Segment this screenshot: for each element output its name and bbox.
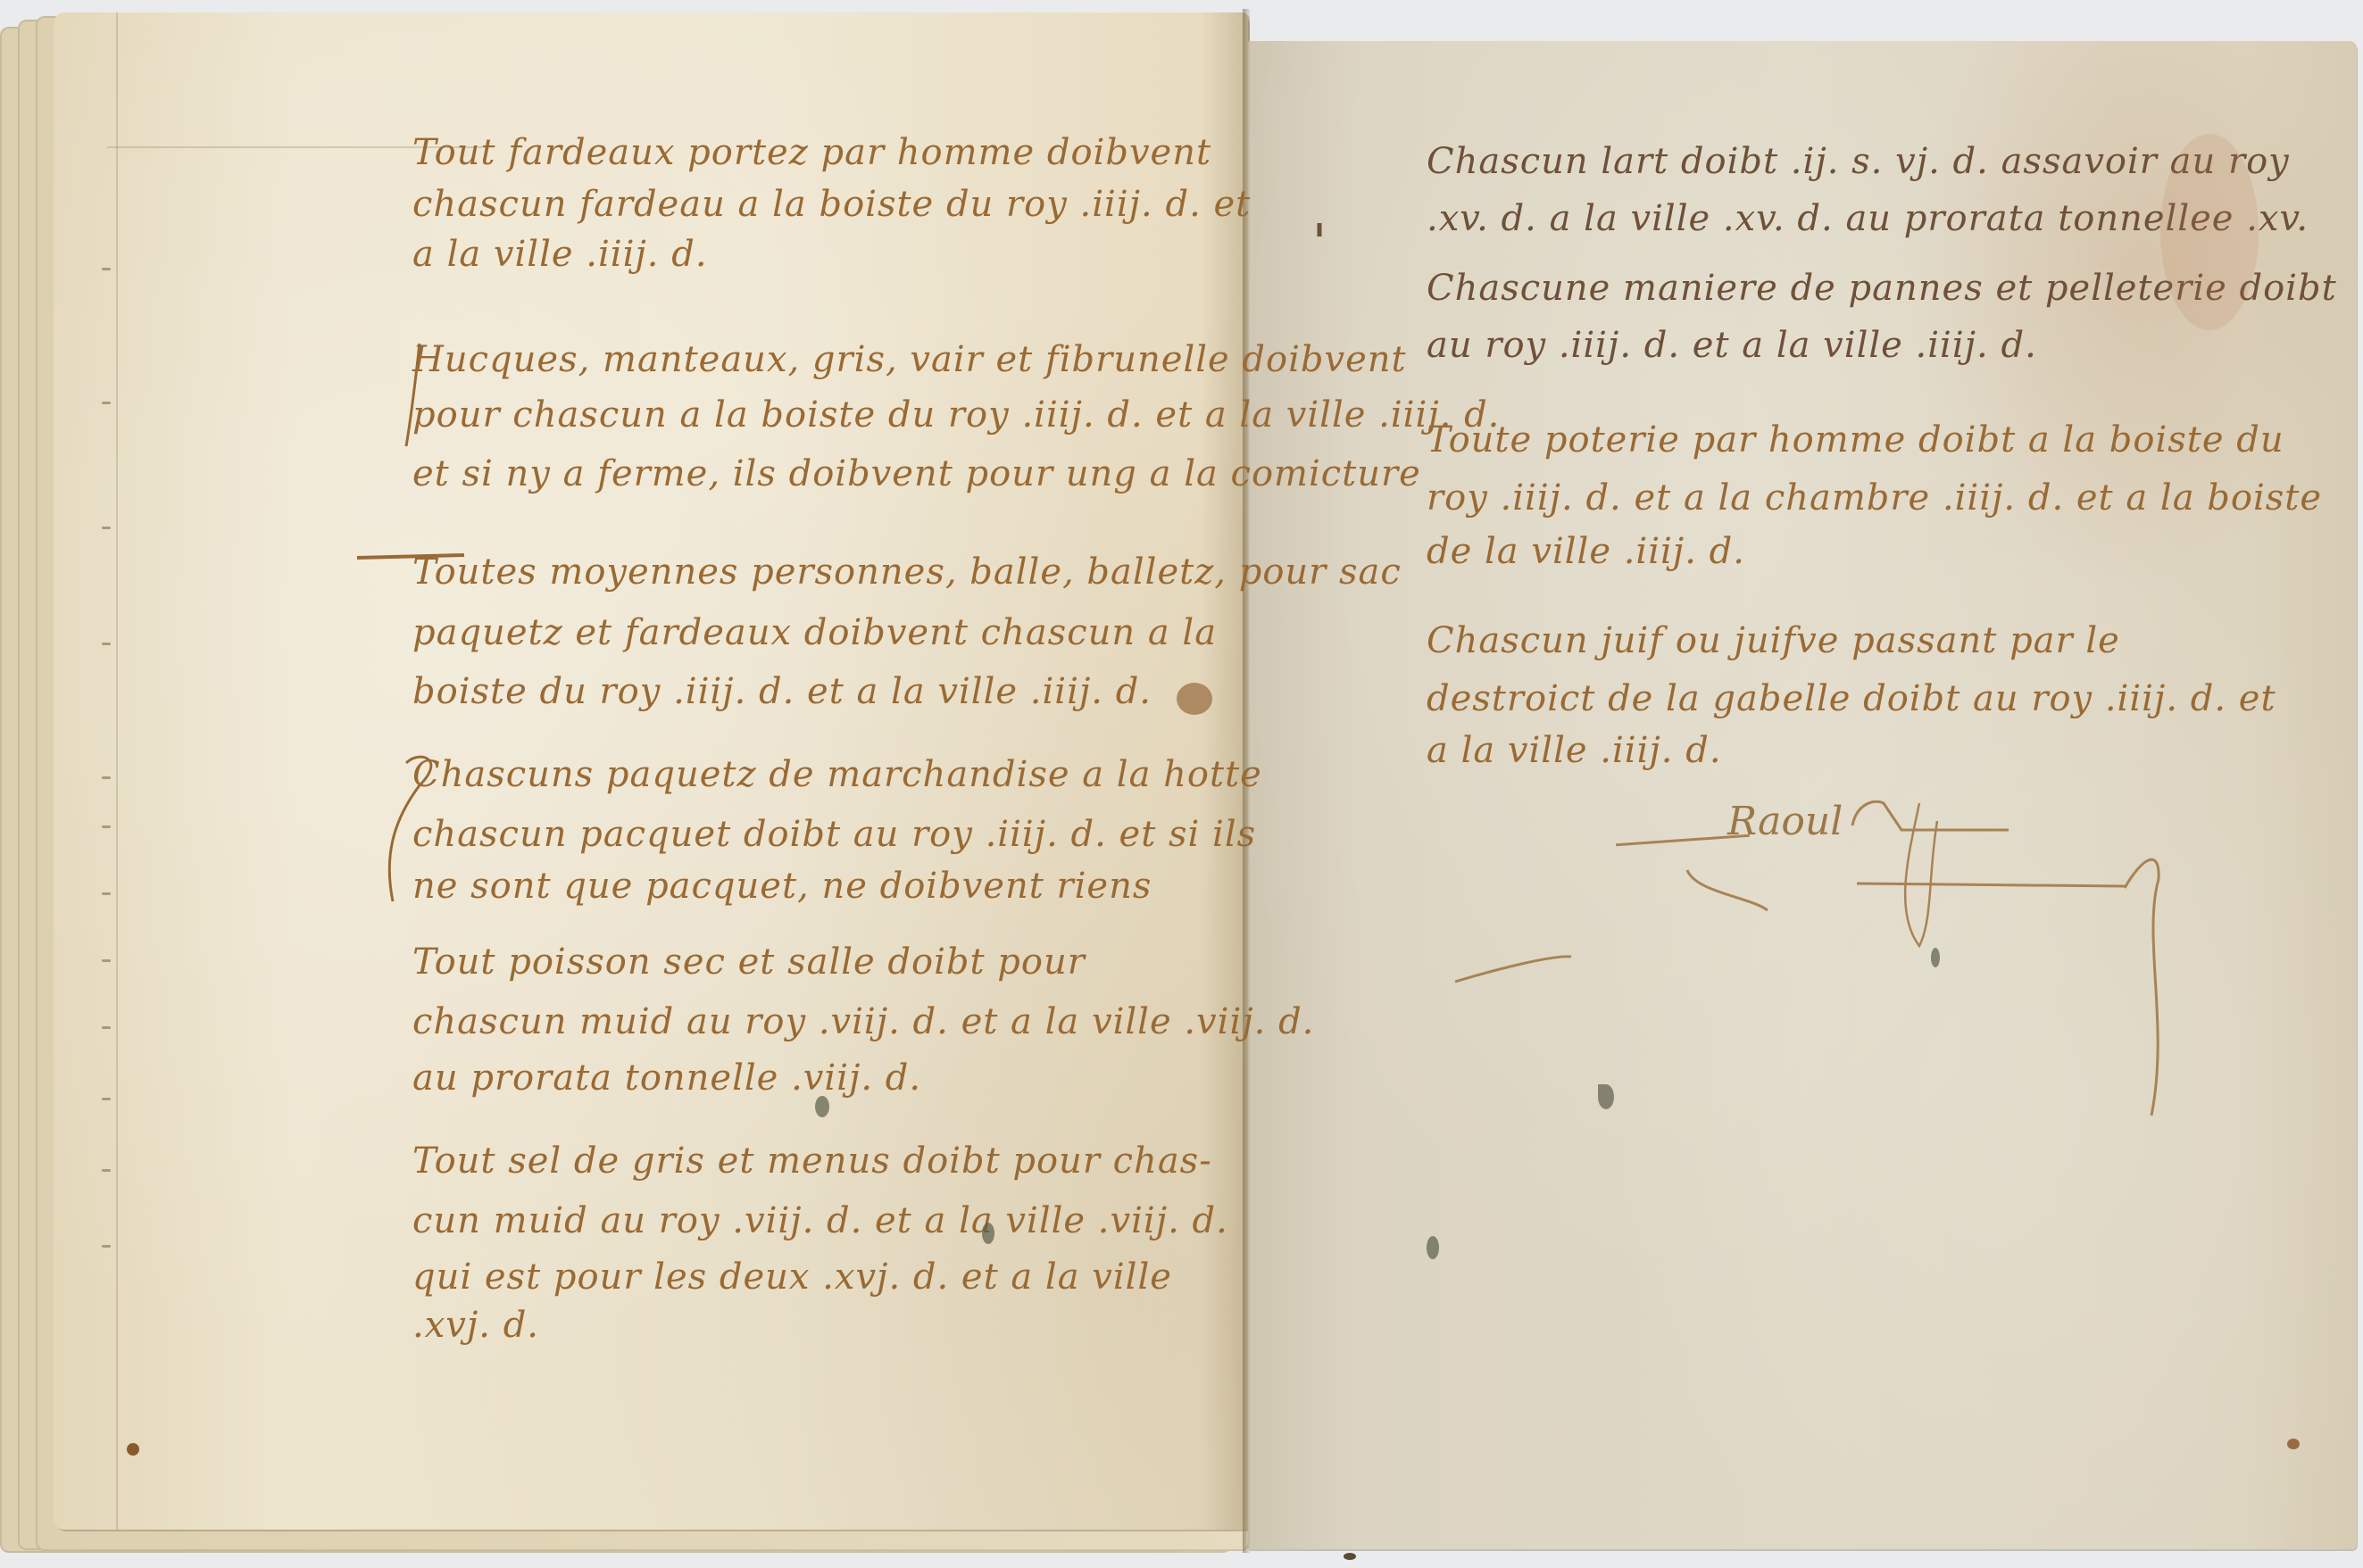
text-line: Tout sel de gris et menus doibt pour cha… bbox=[412, 1141, 1212, 1182]
text-line: Tout poisson sec et salle doibt pour bbox=[412, 942, 1086, 983]
prick-mark bbox=[102, 643, 111, 645]
prick-mark bbox=[102, 527, 111, 529]
parchment-hole bbox=[1427, 1236, 1439, 1259]
text-line: qui est pour les deux .xvj. d. et a la v… bbox=[412, 1257, 1172, 1298]
text-line: paquetz et fardeaux doibvent chascun a l… bbox=[412, 612, 1217, 653]
text-line: Hucques, manteaux, gris, vair et fibrune… bbox=[412, 339, 1407, 380]
text-line: Toutes moyennes personnes, balle, ballet… bbox=[412, 552, 1402, 593]
text-line: chascun muid au roy .viij. d. et a la vi… bbox=[412, 1001, 1314, 1042]
text-line: pour chascun a la boiste du roy .iiij. d… bbox=[412, 394, 1500, 436]
text-line: a la ville .iiij. d. bbox=[412, 234, 708, 275]
prick-mark bbox=[102, 776, 111, 779]
prick-mark bbox=[102, 1245, 111, 1248]
signature: Raoul bbox=[1727, 799, 1843, 844]
left-margin-ruling bbox=[116, 12, 118, 1530]
parchment-hole bbox=[982, 1223, 994, 1244]
text-line: de la ville .iiij. d. bbox=[1427, 531, 1745, 572]
prick-mark bbox=[102, 1098, 111, 1100]
prick-mark bbox=[102, 959, 111, 962]
prick-mark bbox=[102, 892, 111, 895]
stain bbox=[1177, 683, 1212, 715]
text-line: a la ville .iiij. d. bbox=[1427, 730, 1722, 771]
text-line: destroict de la gabelle doibt au roy .ii… bbox=[1427, 678, 2276, 719]
stain bbox=[2160, 134, 2259, 330]
text-line: boiste du roy .iiij. d. et a la ville .i… bbox=[412, 671, 1152, 712]
prick-mark bbox=[102, 1026, 111, 1029]
text-line: .xvj. d. bbox=[412, 1305, 539, 1346]
text-line: Chascun juif ou juifve passant par le bbox=[1427, 620, 2120, 661]
text-line: chascun pacquet doibt au roy .iiij. d. e… bbox=[412, 814, 1256, 855]
ink-spot bbox=[1344, 1553, 1356, 1560]
text-line: ne sont que pacquet, ne doibvent riens bbox=[412, 866, 1152, 907]
text-line: Tout fardeaux portez par homme doibvent bbox=[412, 132, 1211, 173]
text-line: et si ny a ferme, ils doibvent pour ung … bbox=[412, 453, 1421, 494]
text-line: Chascuns paquetz de marchandise a la hot… bbox=[412, 754, 1262, 795]
text-line: Chascun lart doibt .ij. s. vj. d. assavo… bbox=[1427, 141, 2290, 182]
text-line: roy .iiij. d. et a la chambre .iiij. d. … bbox=[1427, 477, 2322, 519]
text-line: au roy .iiij. d. et a la ville .iiij. d. bbox=[1427, 325, 2037, 366]
text-line: cun muid au roy .viij. d. et a la ville … bbox=[412, 1200, 1228, 1241]
ink-spot bbox=[2287, 1439, 2300, 1449]
parchment-hole bbox=[1598, 1084, 1614, 1109]
prick-mark bbox=[102, 1169, 111, 1172]
text-line: chascun fardeau a la boiste du roy .iiij… bbox=[412, 184, 1251, 225]
parchment-hole bbox=[1931, 948, 1940, 967]
parchment-hole bbox=[815, 1096, 829, 1117]
prick-mark bbox=[102, 268, 111, 270]
text-line: au prorata tonnelle .viij. d. bbox=[412, 1058, 921, 1099]
prick-mark bbox=[102, 402, 111, 404]
prick-mark bbox=[102, 825, 111, 828]
ink-spot bbox=[127, 1443, 139, 1456]
text-line: Toute poterie par homme doibt a la boist… bbox=[1427, 419, 2284, 460]
